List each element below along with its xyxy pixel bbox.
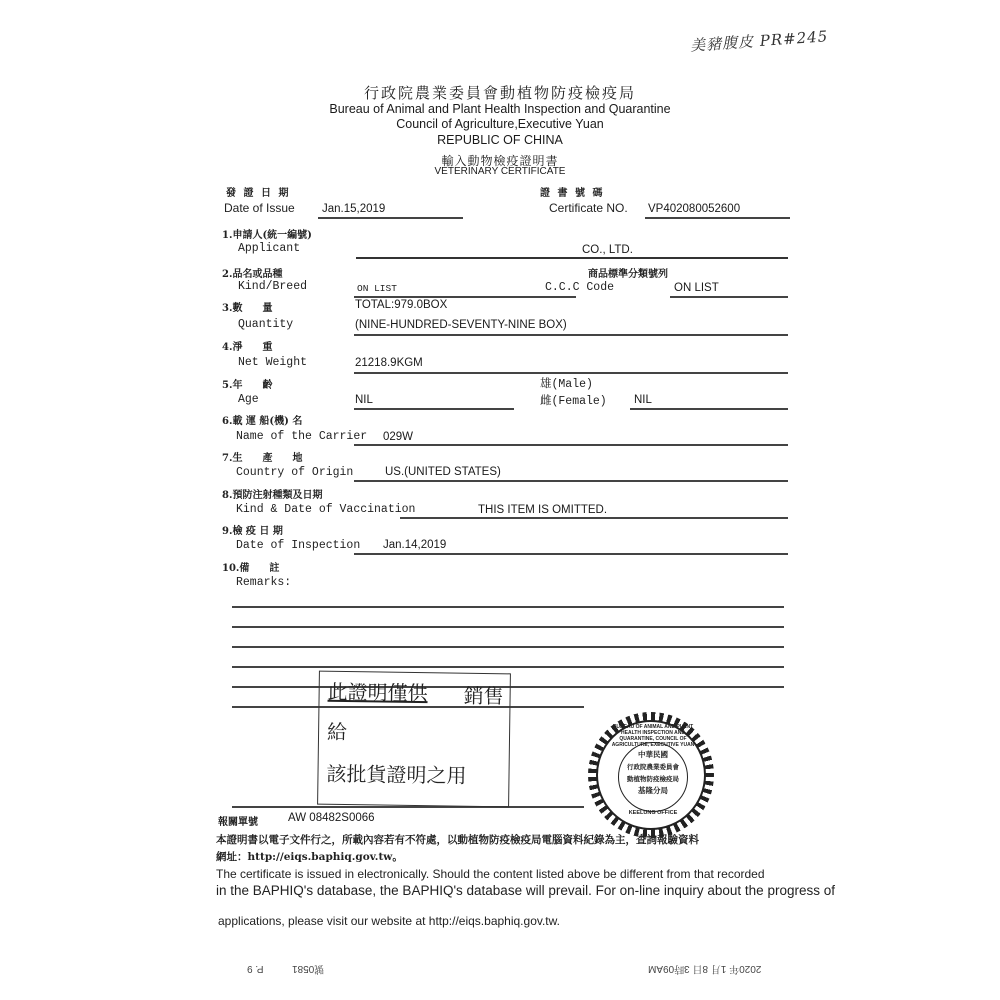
quantity-label: Quantity: [238, 318, 293, 331]
fax-line-number: 號0581: [292, 963, 324, 978]
female-label: 雌(Female): [540, 392, 607, 408]
sales-use-stamp: 此證明僅供 銷售 給 該批貨證明之用: [317, 671, 511, 808]
fax-page-number: P. 9: [247, 963, 264, 974]
official-seal: BUREAU OF ANIMAL AND PLANT HEALTH INSPEC…: [588, 712, 714, 838]
applicant-value: CO., LTD.: [582, 244, 633, 256]
kind-value: ON LIST: [357, 283, 397, 294]
seal-line: 基隆分局: [619, 785, 687, 797]
inspection-label: Date of Inspection: [236, 539, 360, 552]
quantity-value-words: (NINE-HUNDRED-SEVENTY-NINE BOX): [355, 319, 567, 331]
inspection-line: [354, 553, 788, 555]
carrier-value: 029W: [383, 431, 413, 443]
origin-value: US.(UNITED STATES): [385, 466, 501, 478]
agency-name-cn: 行政院農業委員會動植物防疫檢疫局: [0, 82, 1000, 103]
vaccination-label: Kind & Date of Vaccination: [236, 503, 415, 516]
age-label: Age: [238, 393, 259, 406]
remarks-label: Remarks:: [236, 576, 291, 589]
inspection-label-cn: 9.檢 疫 日 期: [222, 522, 283, 537]
council-name: Council of Agriculture,Executive Yuan: [0, 117, 1000, 131]
notice-cn-line-1: 本證明書以電子文件行之，所載內容若有不符處，以動植物防疫檢疫局電腦資料紀錄為主，…: [216, 832, 699, 847]
net-weight-line: [354, 372, 788, 374]
quantity-value-total: TOTAL:979.0BOX: [355, 299, 447, 311]
handwritten-note: 美豬腹皮 PR#245: [689, 25, 828, 56]
age-line: [354, 408, 514, 410]
issue-date-line: [318, 217, 463, 219]
ccc-code-label-cn: 商品標準分類號列: [588, 265, 668, 280]
issue-date-label-cn: 發 證 日 期: [226, 184, 290, 199]
net-weight-label-cn: 4.淨 重: [222, 338, 272, 353]
ccc-code-value: ON LIST: [674, 282, 719, 294]
net-weight-value: 21218.9KGM: [355, 357, 423, 369]
notice-cn-line-2: 網址：http://eiqs.baphiq.gov.tw。: [216, 849, 403, 864]
seal-line: 動植物防疫檢疫局: [619, 773, 687, 785]
certificate-title-en: VETERINARY CERTIFICATE: [0, 166, 1000, 177]
certificate-no-value: VP402080052600: [648, 203, 740, 215]
female-value: NIL: [634, 394, 652, 406]
stamp-line-3: 該批貨證明之用: [326, 758, 466, 789]
carrier-label-cn: 6.載 運 船(機) 名: [222, 412, 302, 427]
seal-line: 中華民國: [619, 749, 687, 761]
remarks-line: [232, 606, 784, 608]
kind-line: [354, 296, 576, 298]
net-weight-label: Net Weight: [238, 356, 307, 369]
applicant-line: [356, 257, 788, 259]
certificate-no-label: Certificate NO.: [549, 201, 628, 215]
certificate-no-label-cn: 證 書 號 碼: [540, 184, 604, 199]
notice-en-line-2: in the BAPHIQ's database, the BAPHIQ's d…: [216, 883, 835, 898]
quantity-line: [354, 334, 788, 336]
remarks-line: [232, 666, 784, 668]
kind-label-cn: 2.品名或品種: [222, 265, 282, 280]
origin-line: [354, 480, 788, 482]
age-value: NIL: [355, 394, 373, 406]
carrier-label: Name of the Carrier: [236, 430, 367, 443]
ccc-code-label: C.C.C Code: [545, 281, 614, 294]
age-label-cn: 5.年 齡: [222, 376, 272, 391]
seal-line: 行政院農業委員會: [619, 761, 687, 773]
quantity-label-cn: 3.數 量: [222, 299, 272, 314]
agency-name-en: Bureau of Animal and Plant Health Inspec…: [0, 102, 1000, 116]
origin-label: Country of Origin: [236, 466, 353, 479]
vaccination-label-cn: 8.預防注射種類及日期: [222, 486, 322, 501]
issue-date-value: Jan.15,2019: [322, 203, 385, 215]
female-line: [630, 408, 788, 410]
remarks-line: [232, 806, 584, 808]
inspection-value: Jan.14,2019: [383, 539, 446, 551]
customs-no-value: AW 08482S0066: [288, 812, 375, 824]
applicant-label-cn: 1.申請人(統一編號): [222, 226, 312, 241]
stamp-line-2: 給: [327, 716, 347, 745]
notice-en-line-1: The certificate is issued in electronica…: [216, 867, 765, 881]
stamp-line-1: 此證明僅供: [327, 676, 427, 706]
issue-date-label: Date of Issue: [224, 201, 295, 215]
kind-label: Kind/Breed: [238, 280, 307, 293]
remarks-label-cn: 10.備 註: [222, 559, 279, 574]
ccc-code-line: [670, 296, 788, 298]
origin-label-cn: 7.生 產 地: [222, 449, 302, 464]
remarks-line: [232, 626, 784, 628]
vaccination-value: THIS ITEM IS OMITTED.: [478, 504, 607, 516]
remarks-line: [232, 646, 784, 648]
vaccination-line: [400, 517, 788, 519]
carrier-line: [354, 444, 788, 446]
notice-en-line-3: applications, please visit our website a…: [218, 914, 560, 928]
certificate-no-line: [645, 217, 790, 219]
customs-no-label: 報關單號: [218, 813, 258, 828]
seal-office: KEELUNG OFFICE: [626, 810, 680, 816]
fax-timestamp: 2020年 1月 8日 3時09AM: [648, 963, 761, 978]
stamp-line-1b: 銷售: [463, 680, 503, 710]
applicant-label: Applicant: [238, 242, 300, 255]
male-label: 雄(Male): [540, 375, 593, 391]
country-name: REPUBLIC OF CHINA: [0, 133, 1000, 147]
